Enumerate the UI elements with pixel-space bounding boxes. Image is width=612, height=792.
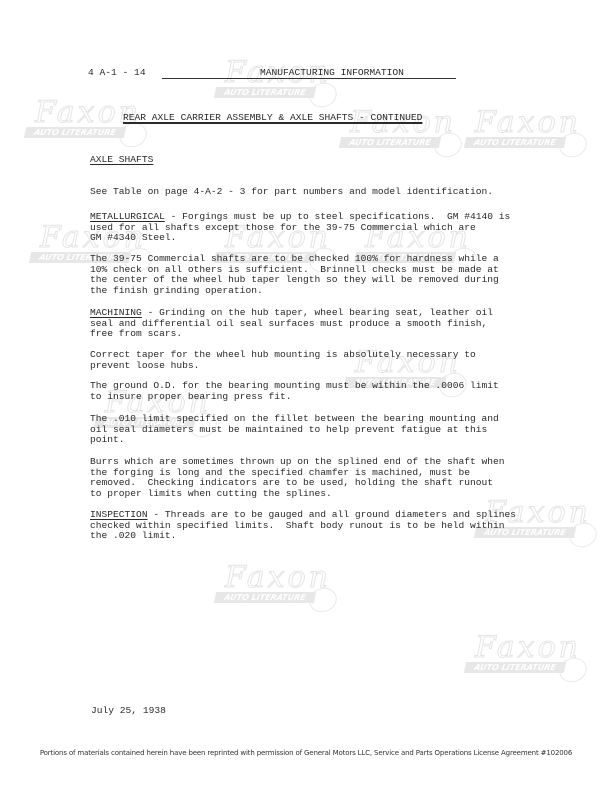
paragraph-label: INSPECTION — [90, 509, 148, 520]
watermark-brand: Faxon — [475, 630, 581, 665]
watermark-brand: Faxon — [225, 560, 331, 595]
document-date: July 25, 1938 — [91, 706, 166, 717]
paragraph-text: - Threads are to be gauged and all groun… — [90, 509, 516, 541]
page-code: 4 A-1 - 14 — [88, 68, 146, 79]
watermark-tagline: AUTO LITERATURE — [464, 662, 566, 673]
header-title: MANUFACTURING INFORMATION — [260, 68, 404, 79]
watermark-brand: Faxon — [475, 105, 581, 140]
paragraph: Correct taper for the wheel hub mounting… — [90, 350, 530, 371]
paragraph-inspection: INSPECTION - Threads are to be gauged an… — [90, 510, 530, 542]
watermark-seal-icon — [116, 119, 151, 151]
watermark-seal-icon — [306, 584, 341, 616]
paragraph: The 39-75 Commercial shafts are to be ch… — [90, 254, 530, 296]
paragraph-text: The ground O.D. for the bearing mounting… — [90, 380, 499, 402]
faxon-watermark: FaxonAUTO LITERATURE — [205, 55, 335, 111]
watermark-seal-icon — [306, 79, 341, 111]
watermark-tagline: AUTO LITERATURE — [24, 127, 126, 138]
paragraph-text: See Table on page 4-A-2 - 3 for part num… — [90, 186, 493, 197]
license-footer: Portions of materials contained herein h… — [0, 749, 612, 757]
faxon-watermark: FaxonAUTO LITERATURE — [205, 560, 335, 616]
paragraph-text: Correct taper for the wheel hub mounting… — [90, 349, 476, 371]
paragraph-text: - Grinding on the hub taper, wheel beari… — [90, 307, 493, 339]
watermark-tagline: AUTO LITERATURE — [214, 592, 316, 603]
watermark-seal-icon — [431, 129, 466, 161]
paragraph-machining: MACHINING - Grinding on the hub taper, w… — [90, 308, 530, 340]
paragraph: The ground O.D. for the bearing mounting… — [90, 381, 530, 402]
paragraph-text: Burrs which are sometimes thrown up on t… — [90, 456, 505, 499]
faxon-watermark: FaxonAUTO LITERATURE — [455, 630, 585, 686]
paragraph-label: METALLURGICAL — [90, 211, 165, 222]
subheading: AXLE SHAFTS — [90, 155, 153, 166]
document-page: FaxonAUTO LITERATUREFaxonAUTO LITERATURE… — [0, 0, 612, 792]
section-title: REAR AXLE CARRIER ASSEMBLY & AXLE SHAFTS… — [123, 113, 422, 124]
watermark-tagline: AUTO LITERATURE — [339, 137, 441, 148]
watermark-seal-icon — [556, 654, 591, 686]
watermark-seal-icon — [566, 519, 601, 551]
paragraph: See Table on page 4-A-2 - 3 for part num… — [90, 187, 530, 198]
paragraph: The .010 limit specified on the fillet b… — [90, 414, 530, 446]
paragraph-text: The 39-75 Commercial shafts are to be ch… — [90, 253, 499, 296]
paragraph-label: MACHINING — [90, 307, 142, 318]
faxon-watermark: FaxonAUTO LITERATURE — [455, 105, 585, 161]
watermark-tagline: AUTO LITERATURE — [214, 87, 316, 98]
watermark-tagline: AUTO LITERATURE — [464, 137, 566, 148]
watermark-seal-icon — [556, 129, 591, 161]
paragraph-metallurgical: METALLURGICAL - Forgings must be up to s… — [90, 212, 530, 244]
paragraph: Burrs which are sometimes thrown up on t… — [90, 457, 530, 499]
paragraph-text: The .010 limit specified on the fillet b… — [90, 413, 499, 445]
